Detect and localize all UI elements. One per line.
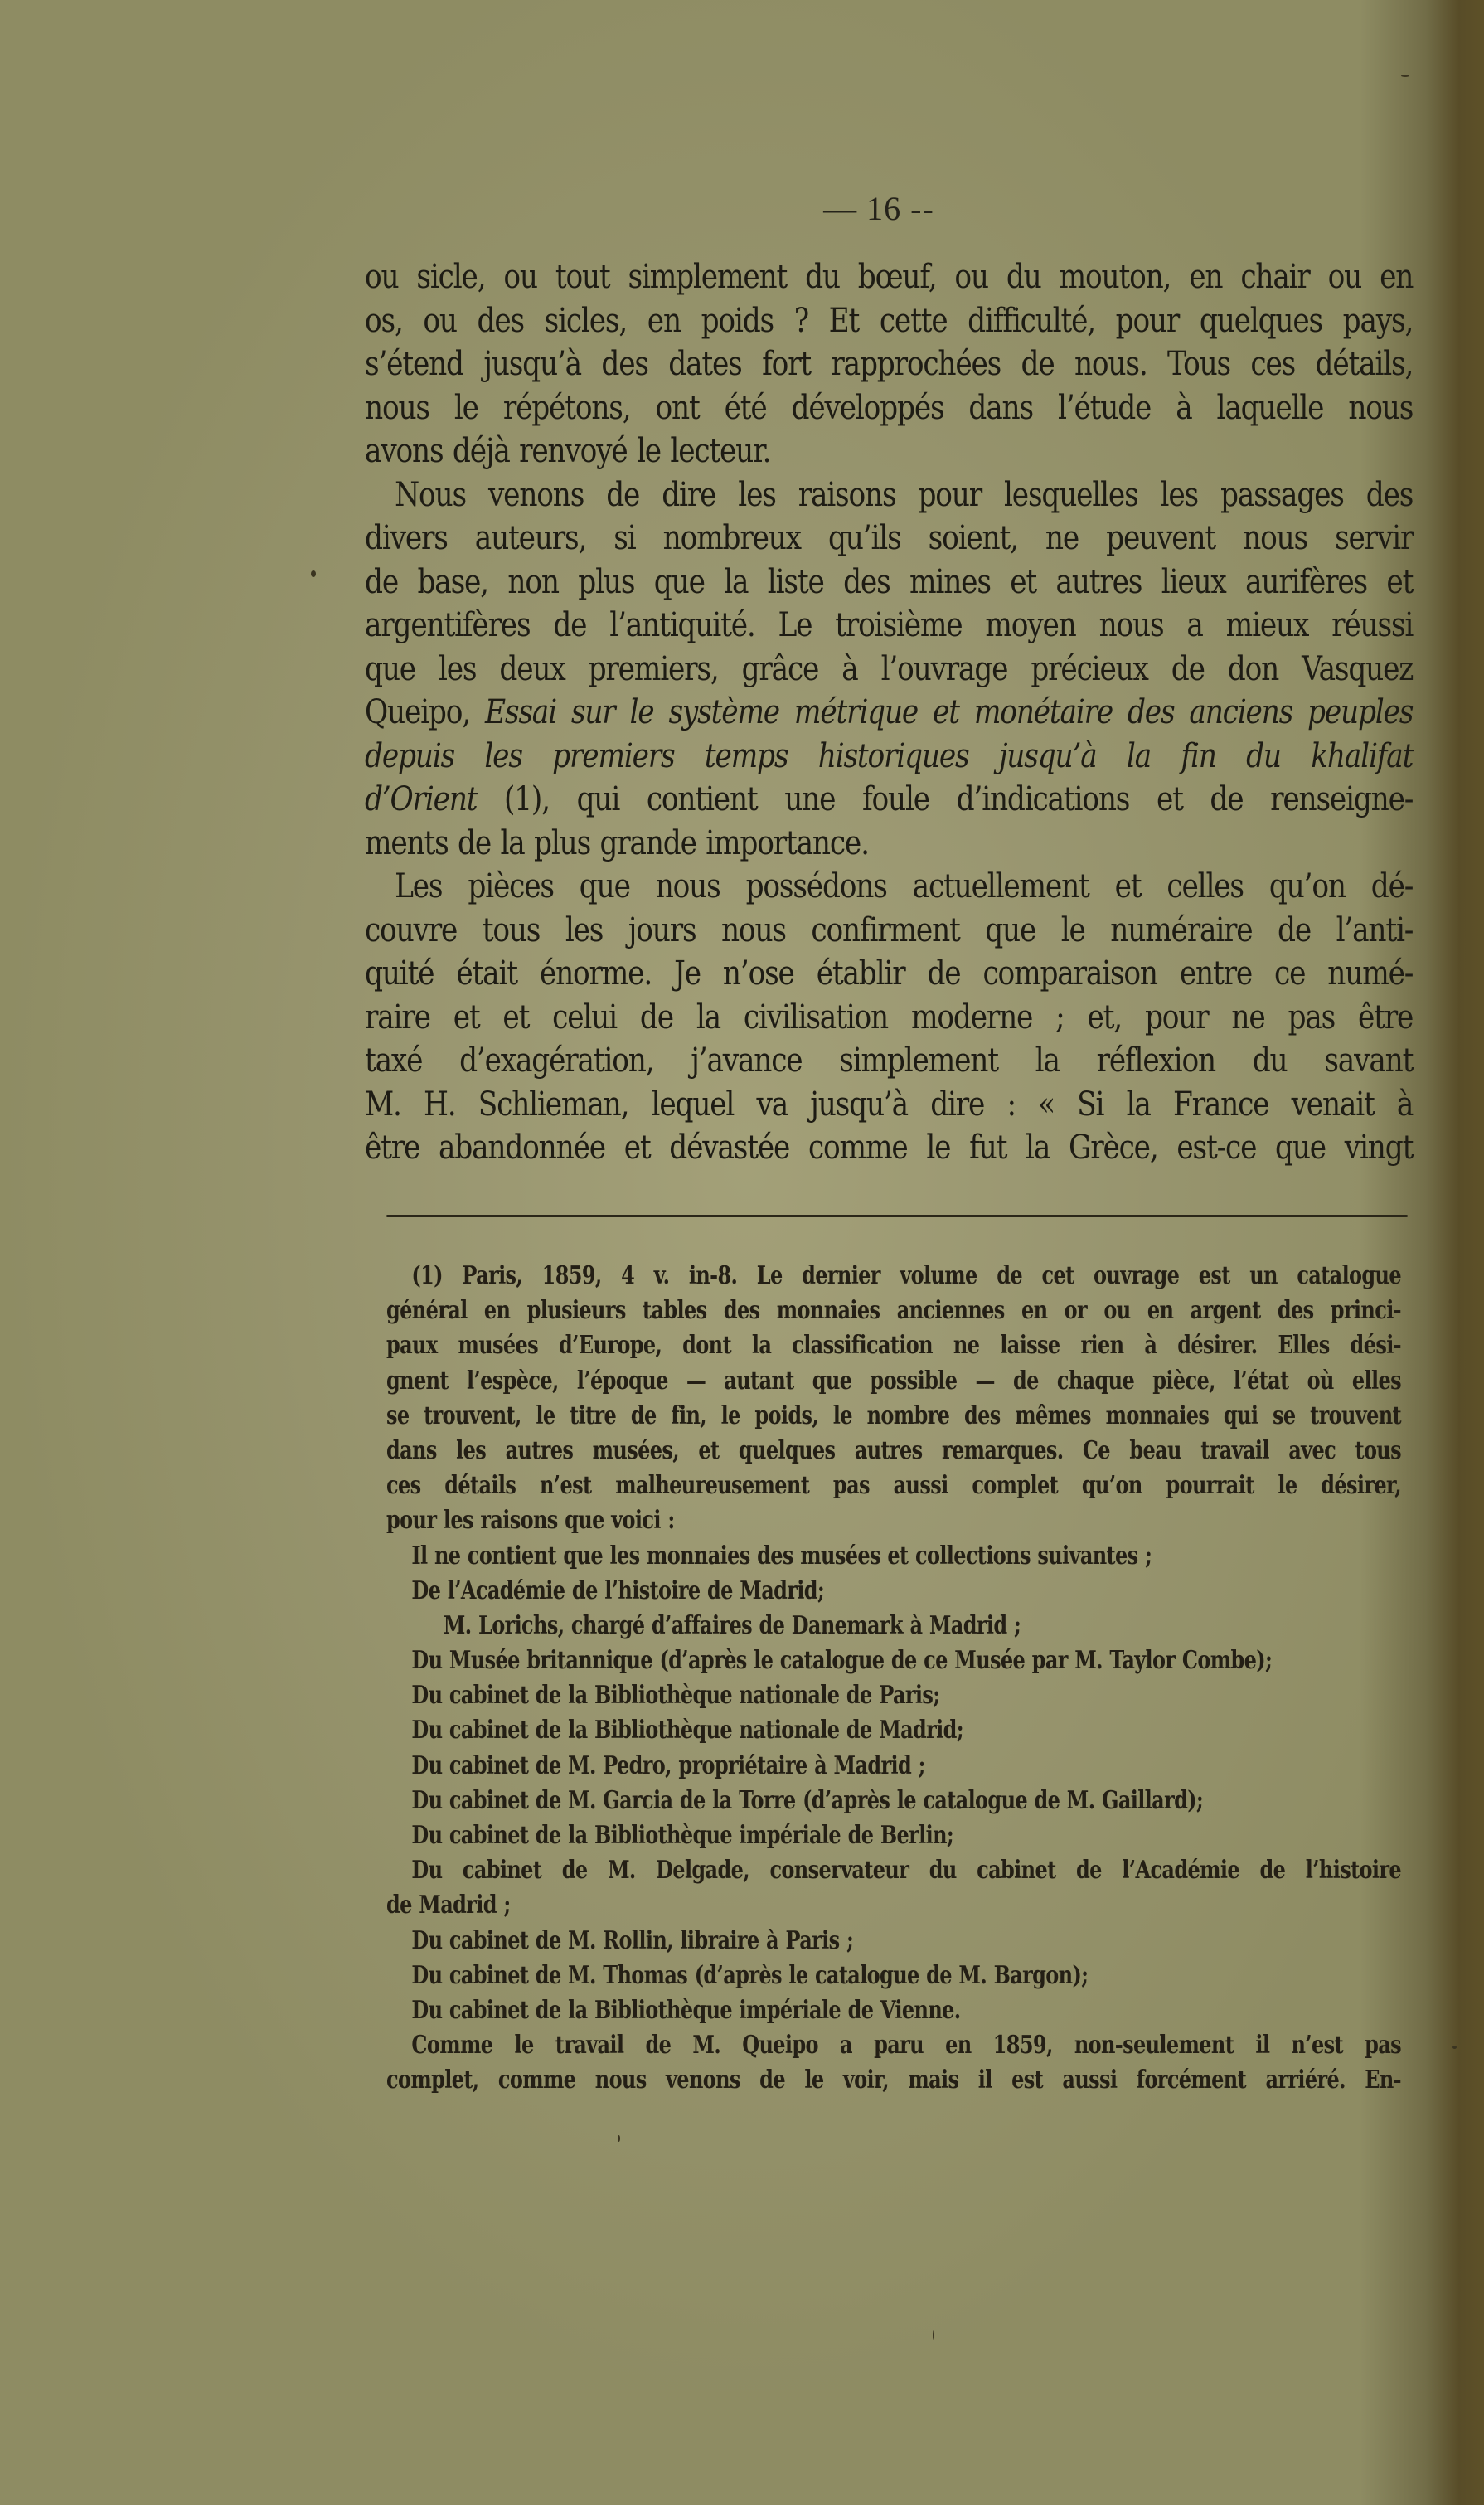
text-line: ments de la plus grande importance.: [365, 822, 1413, 866]
text-line: taxé d’exagération, j’avance simplement …: [365, 1039, 1413, 1083]
paper-speck: [311, 570, 316, 577]
collection-item: De l’Académie de l’histoire de Madrid;: [386, 1574, 1401, 1609]
footnote-line: gnent l’espèce, l’époque — autant que po…: [386, 1364, 1401, 1399]
paragraph-start-line: Nous venons de dire les raisons pour les…: [365, 473, 1413, 517]
book-title-italic: Essai sur le système métrique et monétai…: [485, 693, 1413, 731]
text-line: raire et et celui de la civilisation mod…: [365, 996, 1413, 1040]
paragraph-start-line: Les pièces que nous possédons actuelleme…: [365, 865, 1413, 909]
paper-speck: [1452, 2046, 1457, 2049]
collection-item: Du cabinet de M. Garcia de la Torre (d’a…: [386, 1784, 1401, 1818]
scanned-book-page: — 16 -- ou sicle, ou tout simplement du …: [0, 0, 1484, 2505]
footnote-line: se trouvent, le titre de fin, le poids, …: [386, 1399, 1401, 1434]
text-line-with-title: d’Orient (1), qui contient une foule d’i…: [365, 778, 1413, 822]
collection-item: M. Lorichs, chargé d’affaires de Danemar…: [386, 1609, 1401, 1643]
footnote-line: général en plusieurs tables des monnaies…: [386, 1294, 1401, 1328]
text-line: couvre tous les jours nous confirment qu…: [365, 909, 1413, 953]
footnote-line: paux musées d’Europe, dont la classifica…: [386, 1328, 1401, 1363]
text-line: ou sicle, ou tout simplement du bœuf, ou…: [365, 255, 1413, 299]
main-body-text: ou sicle, ou tout simplement du bœuf, ou…: [365, 255, 1414, 1170]
footnote-separator-rule: [386, 1215, 1408, 1217]
text-line: avons déjà renvoyé le lecteur.: [365, 430, 1413, 473]
collection-item: Du cabinet de la Bibliothèque impériale …: [386, 1818, 1401, 1853]
text-line: que les deux premiers, grâce à l’ouvrage…: [365, 648, 1413, 692]
book-title-italic: d’Orient: [365, 780, 477, 818]
book-title-italic-line: depuis les premiers temps historiques ju…: [365, 735, 1413, 779]
text-line: os, ou des sicles, en poids ? Et cette d…: [365, 299, 1413, 343]
collection-item: Du cabinet de la Bibliothèque impériale …: [386, 1993, 1401, 2028]
footnote-line: ces détails n’est malheureusement pas au…: [386, 1469, 1401, 1503]
footnote-block: (1) Paris, 1859, 4 v. in-8. Le dernier v…: [386, 1259, 1423, 2099]
text-line: de base, non plus que la liste des mines…: [365, 561, 1413, 604]
text-line: argentifères de l’antiquité. Le troisièm…: [365, 604, 1413, 648]
text-line: divers auteurs, si nombreux qu’ils soien…: [365, 517, 1413, 561]
page-number: — 16 --: [0, 189, 1484, 228]
text-line: être abandonnée et dévastée comme le fut…: [365, 1126, 1413, 1170]
collection-item: Du Musée britannique (d’après le catalog…: [386, 1643, 1401, 1678]
collection-item-continuation: de Madrid ;: [386, 1888, 1401, 1923]
footnote-line: (1) Paris, 1859, 4 v. in-8. Le dernier v…: [386, 1259, 1401, 1294]
text-line: nous le répétons, ont été développés dan…: [365, 386, 1413, 430]
collection-item: Du cabinet de M. Pedro, propriétaire à M…: [386, 1749, 1401, 1784]
text-line-with-title: Queipo, Essai sur le système métrique et…: [365, 691, 1413, 735]
collection-item: Du cabinet de M. Thomas (d’après le cata…: [386, 1959, 1401, 1993]
footnote-line: dans les autres musées, et quelques autr…: [386, 1434, 1401, 1469]
collection-item: Du cabinet de la Bibliothèque nationale …: [386, 1678, 1401, 1713]
text-line: s’étend jusqu’à des dates fort rapproché…: [365, 342, 1413, 386]
footnote-line: complet, comme nous venons de le voir, m…: [386, 2063, 1401, 2098]
footnote-reference: (1), qui contient une foule d’indication…: [504, 780, 1413, 818]
footnote-line: Comme le travail de M. Queipo a paru en …: [386, 2028, 1401, 2063]
text-line: M. H. Schlieman, lequel va jusqu’à dire …: [365, 1083, 1413, 1127]
text-fragment: Queipo,: [365, 693, 470, 731]
text-line: quité était énorme. Je n’ose établir de …: [365, 952, 1413, 996]
paper-speck: [1401, 75, 1409, 77]
paper-speck: [618, 2135, 620, 2142]
collection-item: Du cabinet de M. Delgade, conservateur d…: [386, 1853, 1401, 1888]
collection-item: Du cabinet de la Bibliothèque nationale …: [386, 1713, 1401, 1748]
footnote-line: pour les raisons que voici :: [386, 1503, 1401, 1538]
collection-item: Du cabinet de M. Rollin, libraire à Pari…: [386, 1924, 1401, 1959]
paper-speck: [933, 2330, 934, 2340]
footnote-list-intro: Il ne contient que les monnaies des musé…: [386, 1539, 1401, 1574]
